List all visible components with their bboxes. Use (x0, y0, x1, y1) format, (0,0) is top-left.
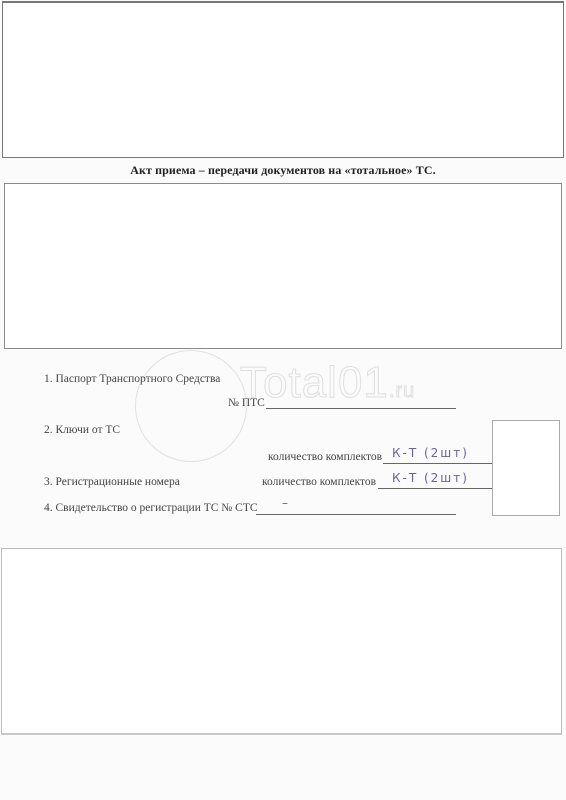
keys-count-value: К-Т (2шт) (392, 446, 469, 460)
item-plates-sublabel: количество комплектов (262, 476, 376, 488)
redacted-header-block (2, 1, 564, 158)
document-title: Акт приема – передачи документов на «тот… (0, 163, 566, 178)
redacted-parties-block (4, 183, 562, 349)
watermark-text: Total01.ru (240, 358, 415, 408)
plates-count-field[interactable] (378, 488, 493, 489)
item-sts-label: 4. Свидетельство о регистрации ТС № СТС (44, 502, 258, 514)
redacted-side-stamp (492, 420, 560, 516)
sts-number-value: – (282, 496, 290, 510)
watermark: Total01.ru (135, 350, 465, 460)
item-passport-label: 1. Паспорт Транспортного Средства (44, 373, 220, 385)
keys-count-field[interactable] (383, 463, 493, 464)
passport-number-field[interactable] (266, 408, 456, 409)
sts-number-field[interactable] (256, 514, 456, 515)
item-keys-sublabel: количество комплектов (268, 451, 382, 463)
redacted-signatures-block (1, 548, 562, 735)
item-passport-sublabel: № ПТС (228, 397, 265, 409)
item-keys-label: 2. Ключи от ТС (44, 424, 120, 436)
plates-count-value: К-Т (2шт) (392, 471, 469, 485)
item-plates-label: 3. Регистрационные номера (44, 476, 180, 488)
